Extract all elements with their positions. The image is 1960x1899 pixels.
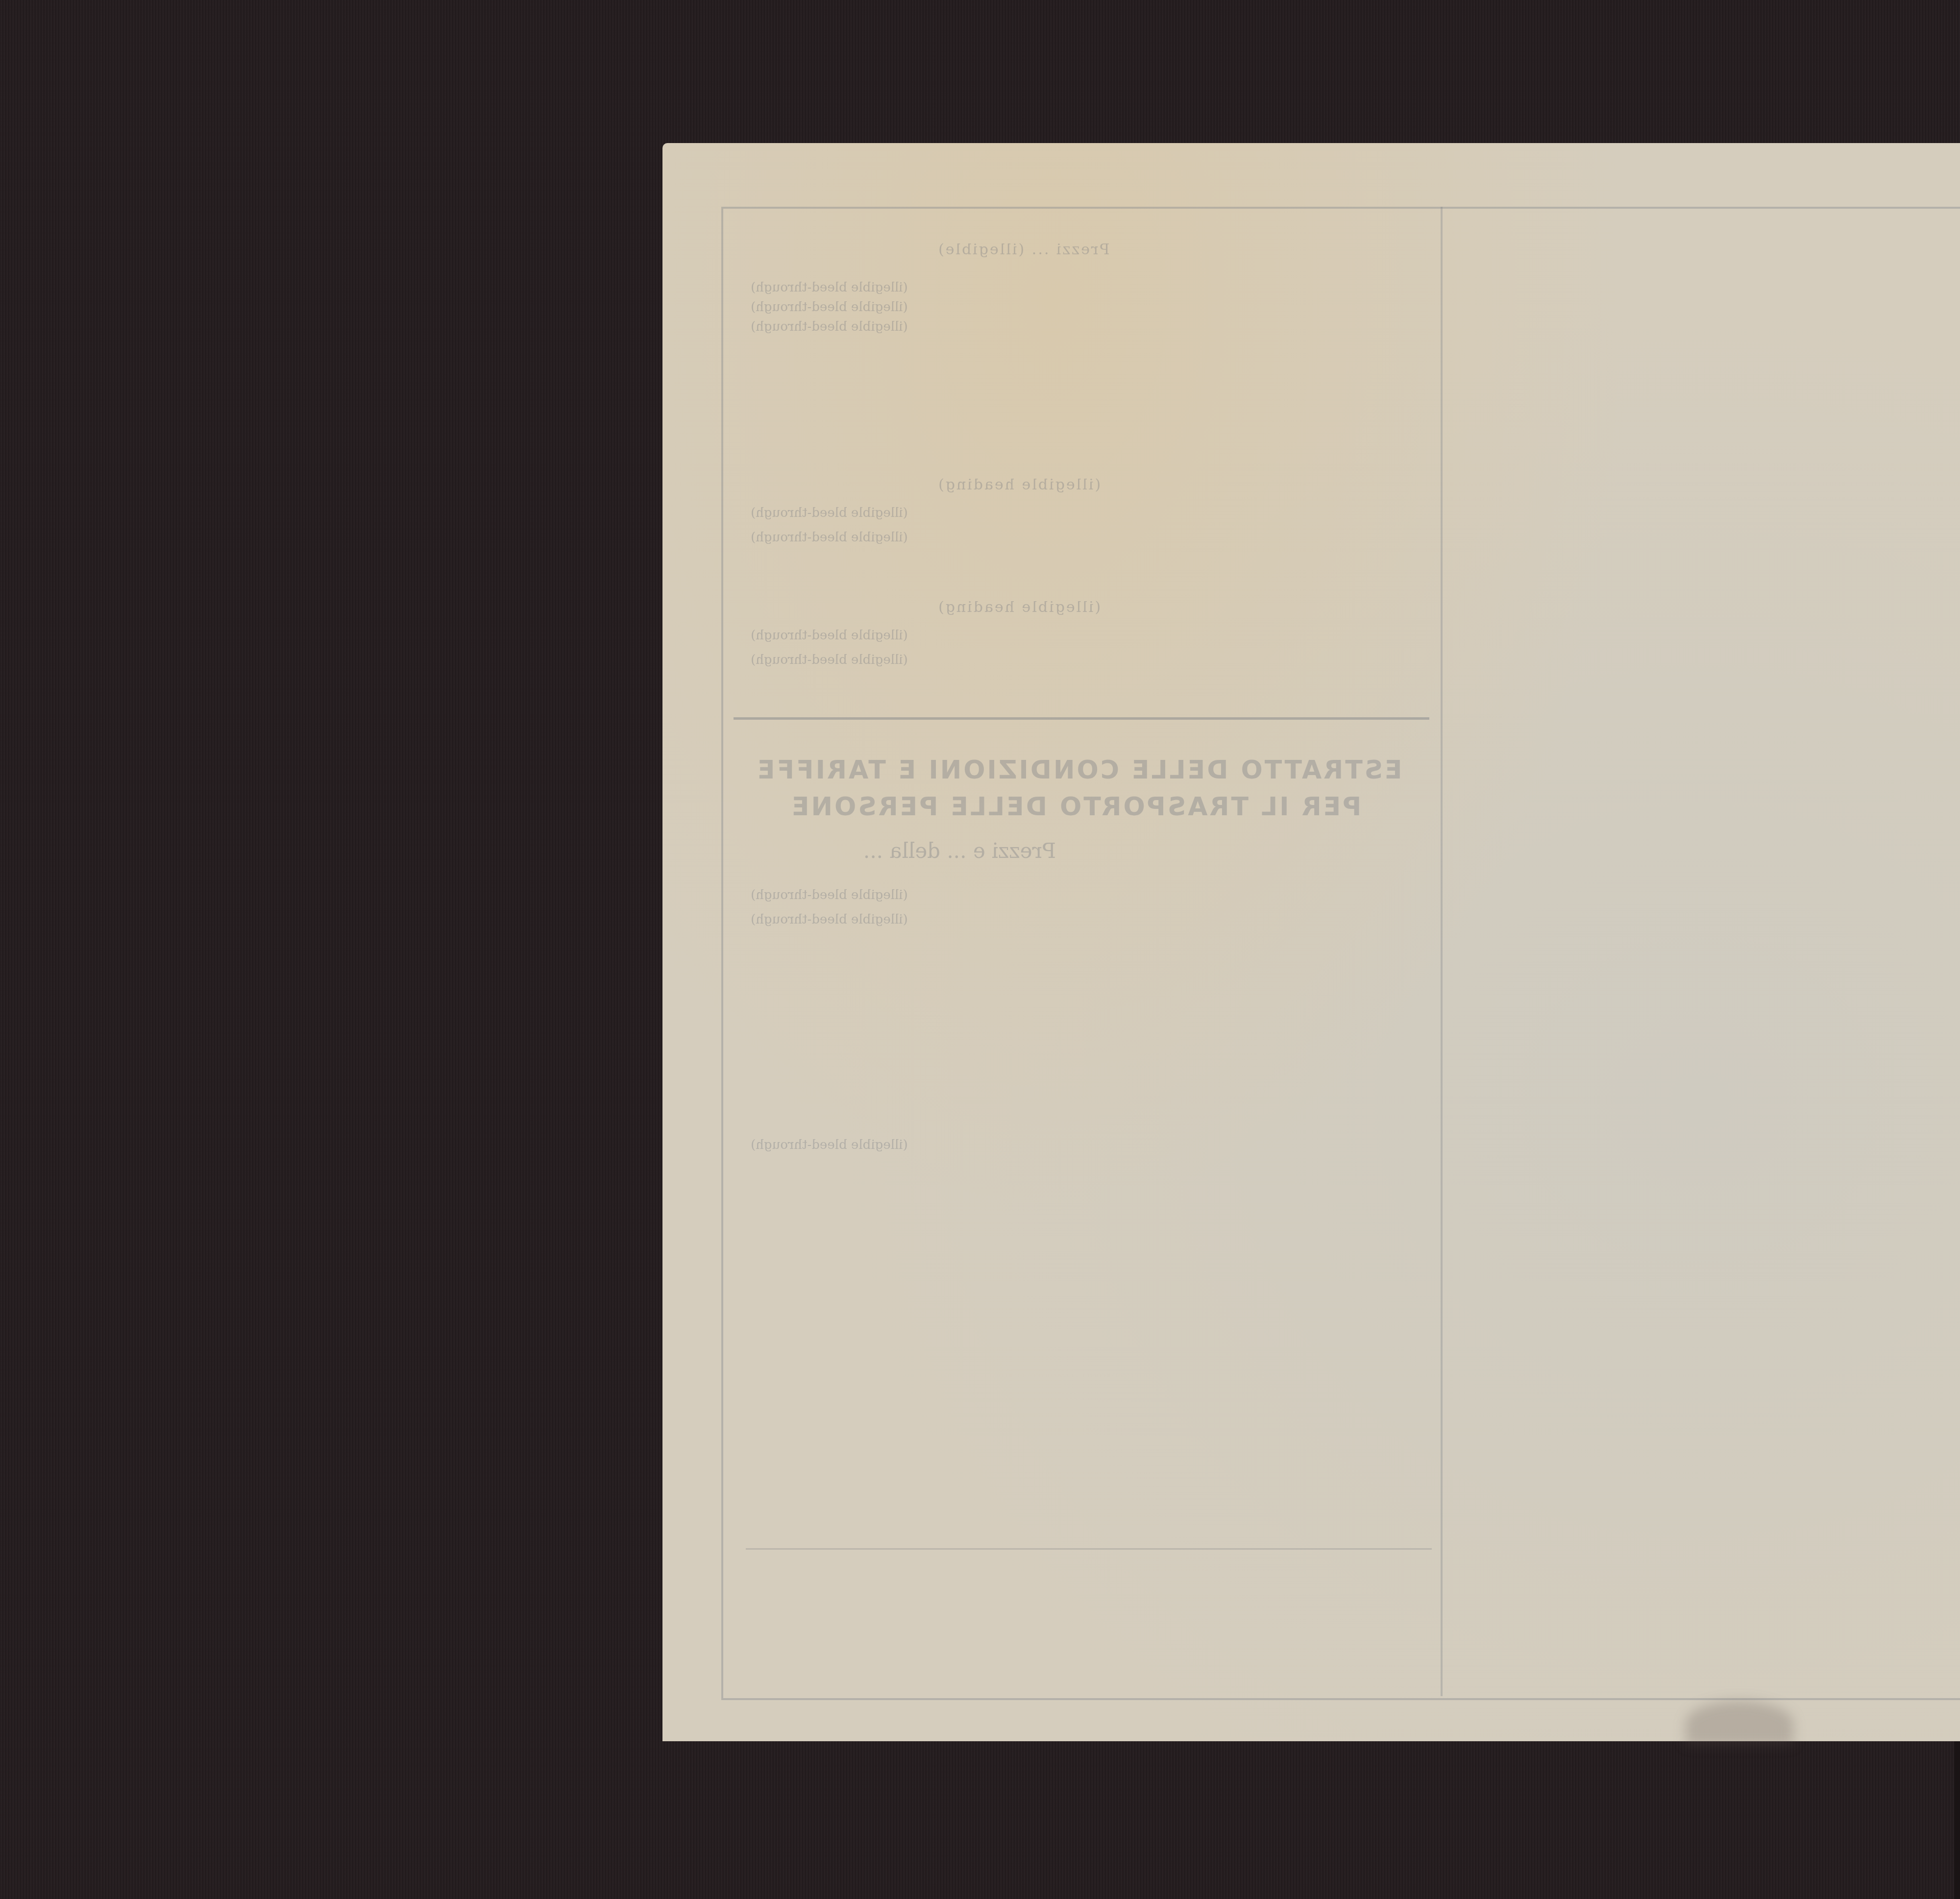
bottom-rule — [746, 1548, 1432, 1550]
section-1-line: (illegible bleed-through) — [751, 280, 908, 295]
section-3-line: (illegible bleed-through) — [751, 628, 908, 643]
paper-fold-shadow — [1686, 1701, 1793, 1745]
section-1-line: (illegible bleed-through) — [751, 319, 908, 334]
section-3-heading: (illegible heading) — [937, 599, 1101, 616]
printed-frame-border — [721, 207, 1960, 1700]
section-2-line: (illegible bleed-through) — [751, 530, 908, 545]
section-rule — [734, 717, 1429, 720]
subtitle: Prezzi e ... della ... — [863, 839, 1056, 863]
section-2-line: (illegible bleed-through) — [751, 506, 908, 520]
paper-sheet: Prezzi ... (illegible) (illegible bleed-… — [662, 143, 1960, 1741]
section-2-heading: (illegible heading) — [937, 476, 1101, 493]
body-line: (illegible bleed-through) — [751, 1138, 908, 1152]
section-1-line: (illegible bleed-through) — [751, 300, 908, 315]
section-1-heading: Prezzi ... (illegible) — [937, 241, 1109, 258]
column-divider — [1441, 207, 1443, 1696]
main-title-line-1: ESTRATTO DELLE CONDIZIONI E TARIFFE — [756, 755, 1402, 785]
body-line: (illegible bleed-through) — [751, 888, 908, 902]
section-3-line: (illegible bleed-through) — [751, 653, 908, 667]
body-line: (illegible bleed-through) — [751, 912, 908, 927]
main-title-line-2: PER IL TRASPORTO DELLE PERSONE — [790, 792, 1361, 822]
